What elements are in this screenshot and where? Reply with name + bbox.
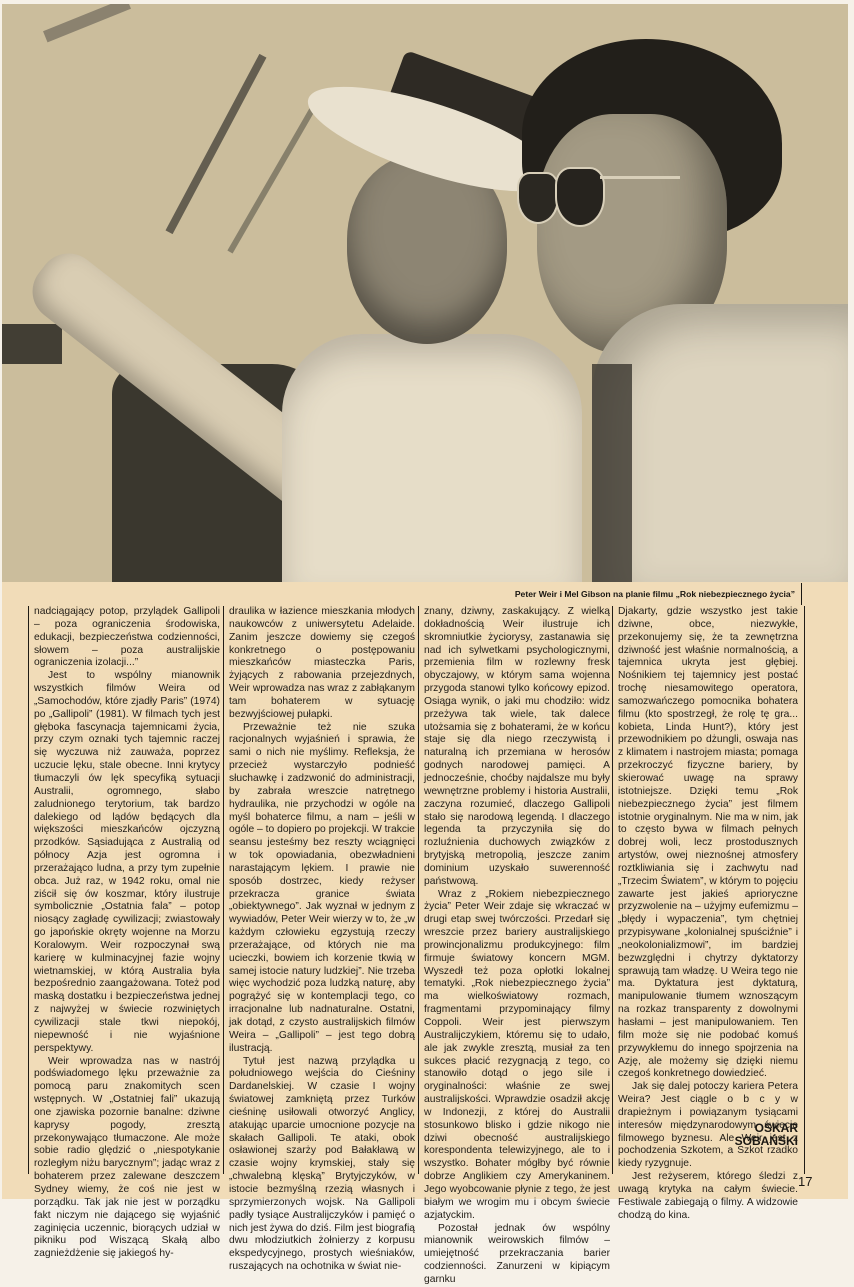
paragraph: Djakarty, gdzie wszystko jest takie dziw… [618, 606, 798, 1081]
paragraph: nadciągający potop, przylądek Gallipoli … [34, 606, 220, 670]
page-number: 17 [798, 1174, 812, 1189]
text-column-2: draulika w łazience mieszkania młodych n… [223, 606, 417, 1174]
paragraph: Tytuł jest nazwą przylądka u południoweg… [229, 1056, 415, 1205]
article-photo [2, 4, 848, 582]
man-1-shirt [282, 334, 582, 582]
paragraph: Jest to wspólny mianownik wszystkich fil… [34, 670, 220, 1055]
photo-shadow [2, 324, 62, 364]
text-column-4: Djakarty, gdzie wszystko jest takie dziw… [612, 606, 805, 1174]
man-2-collar-shadow [592, 364, 632, 582]
sunglasses-right-lens [555, 167, 605, 227]
author-last-name: SOBAŃSKI [735, 1135, 798, 1148]
paragraph: Jest reżyserem, którego śledzi z uwagą k… [618, 1171, 798, 1205]
paragraph: Wraz z „Rokiem niebezpiecznego życia” Pe… [424, 889, 610, 1205]
article-body: nadciągający potop, przylądek Gallipoli … [28, 606, 822, 1176]
photo-streak [227, 95, 322, 254]
paragraph: Przeważnie też nie szuka racjonalnych wy… [229, 722, 415, 1056]
text-column-3: znany, dziwny, zaskakujący. Z wielką dok… [418, 606, 612, 1174]
magazine-page: Peter Weir i Mel Gibson na planie filmu … [2, 4, 848, 1199]
paragraph: znany, dziwny, zaskakujący. Z wielką dok… [424, 606, 610, 889]
photo-caption: Peter Weir i Mel Gibson na planie filmu … [402, 583, 802, 605]
paragraph: Weir wprowadza nas w nastrój podświadome… [34, 1056, 220, 1205]
sunglasses-arm [600, 176, 680, 179]
sunglasses-left-lens [517, 172, 559, 224]
author-byline: OSKAR SOBAŃSKI [735, 1122, 798, 1148]
paragraph: draulika w łazience mieszkania młodych n… [229, 606, 415, 722]
text-column-1: nadciągający potop, przylądek Gallipoli … [28, 606, 222, 1174]
photo-streak [43, 4, 131, 42]
